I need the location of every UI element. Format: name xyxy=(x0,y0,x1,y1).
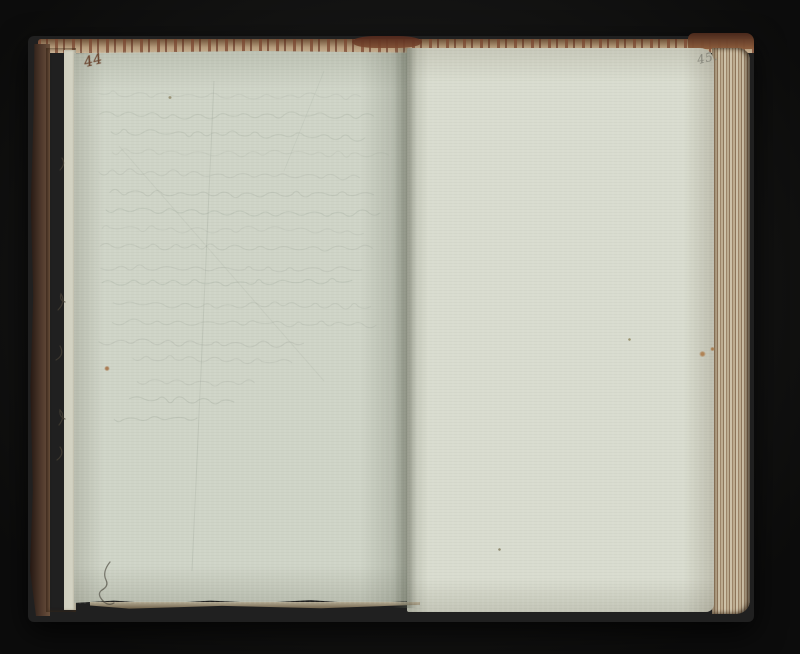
foxing-spot xyxy=(699,351,706,357)
foxing-spot xyxy=(628,338,631,341)
right-page xyxy=(407,48,714,612)
edge-handwriting-remnants xyxy=(50,150,72,480)
foxing-spot xyxy=(168,96,172,99)
gutter-fold xyxy=(393,48,419,608)
foxing-spot xyxy=(104,366,110,371)
page-edge-stack-right xyxy=(712,48,750,614)
binding-corner-top-right xyxy=(688,33,754,49)
top-edge-stain xyxy=(352,36,422,48)
page-creases xyxy=(74,51,407,604)
foxing-spot xyxy=(498,548,501,551)
foxing-spot xyxy=(710,347,715,351)
ink-squiggle-mark xyxy=(92,558,122,610)
scanned-book-photo: 44 45. xyxy=(0,0,800,654)
